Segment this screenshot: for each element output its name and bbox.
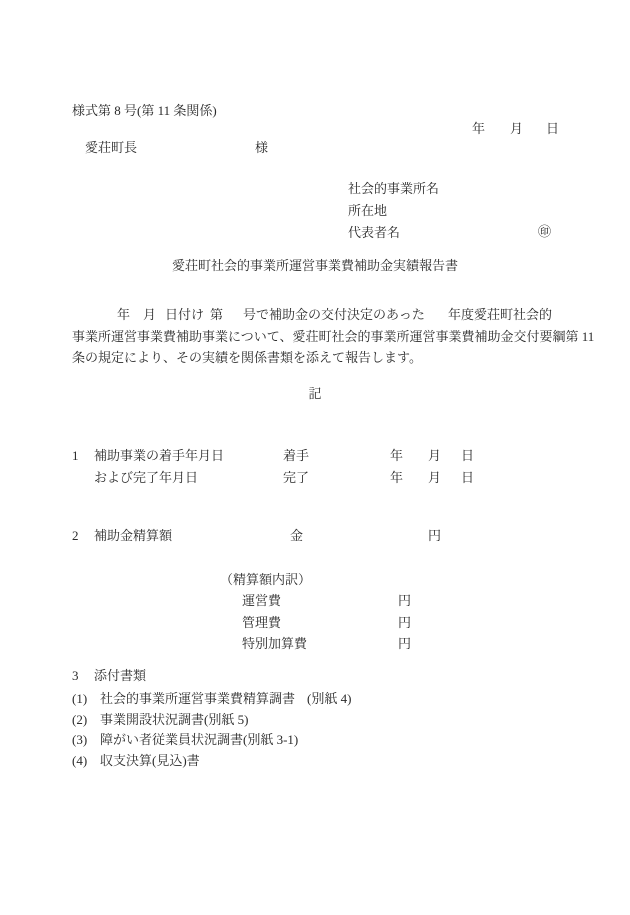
item1-start-month-label: 月: [428, 448, 441, 464]
body-line1-year: 年: [117, 307, 130, 323]
attachment-text: 事業開設状況調書(別紙 5): [100, 712, 248, 728]
sender-representative-label: 代表者名: [348, 225, 400, 241]
breakdown-heading: （精算額内訳）: [220, 572, 311, 588]
body-line1-month: 月: [143, 307, 156, 323]
note-marker: 記: [0, 386, 630, 402]
item1-start-year-label: 年: [390, 448, 403, 464]
item2-unit: 円: [428, 528, 441, 544]
body-line2: 事業所運営事業費補助事業について、愛荘町社会的事業所運営事業費補助金交付要綱第 …: [72, 329, 594, 345]
attachment-number: (3): [72, 732, 87, 748]
item1-complete-label: 完了: [283, 470, 309, 486]
addressee-honorific: 様: [255, 140, 268, 156]
item2-label: 補助金精算額: [94, 528, 172, 544]
breakdown-row-label: 特別加算費: [242, 636, 307, 652]
breakdown-row-unit: 円: [398, 593, 411, 609]
breakdown-row-label: 運営費: [242, 593, 281, 609]
attachment-number: (4): [72, 753, 87, 769]
item1-complete-day-label: 日: [461, 470, 474, 486]
item1-complete-month-label: 月: [428, 470, 441, 486]
body-line1-fiscal: 年度愛荘町社会的: [448, 307, 552, 323]
document-page: 様式第 8 号(第 11 条関係) 年 月 日 愛荘町長 様 社会的事業所名 所…: [0, 0, 630, 915]
body-line1-dai: 第: [210, 307, 223, 323]
item1-start-label: 着手: [283, 448, 309, 464]
sender-address-label: 所在地: [348, 203, 387, 219]
document-title: 愛荘町社会的事業所運営事業費補助金実績報告書: [0, 258, 630, 274]
breakdown-row-unit: 円: [398, 636, 411, 652]
item2-number: 2: [72, 528, 79, 544]
breakdown-row-label: 管理費: [242, 615, 281, 631]
attachment-text: 収支決算(見込)書: [100, 753, 200, 769]
breakdown-row-unit: 円: [398, 615, 411, 631]
item1-complete-year-label: 年: [390, 470, 403, 486]
item1-label-line1: 補助事業の着手年月日: [94, 448, 224, 464]
sender-office-name-label: 社会的事業所名: [348, 181, 439, 197]
form-number: 様式第 8 号(第 11 条関係): [72, 103, 217, 119]
body-line1-day-suffix: 日付け: [165, 307, 204, 323]
attachment-text: 障がい者従業員状況調書(別紙 3-1): [100, 732, 298, 748]
body-line1-decision: 号で補助金の交付決定のあった: [243, 307, 425, 323]
item2-amount-prefix: 金: [290, 528, 303, 544]
seal-mark-icon: ㊞: [538, 224, 551, 240]
item1-number: 1: [72, 448, 79, 464]
addressee-name: 愛荘町長: [85, 140, 137, 156]
attachment-number: (1): [72, 691, 87, 707]
date-month-label: 月: [510, 121, 523, 137]
item1-start-day-label: 日: [461, 448, 474, 464]
item1-label-line2: および完了年月日: [94, 470, 198, 486]
attachment-number: (2): [72, 712, 87, 728]
item3-number: 3: [72, 668, 79, 684]
item3-label: 添付書類: [94, 668, 146, 684]
attachment-note: (別紙 4): [307, 691, 351, 707]
attachment-text: 社会的事業所運営事業費精算調書: [100, 691, 295, 706]
date-year-label: 年: [472, 121, 485, 137]
body-line3: 条の規定により、その実績を関係書類を添えて報告します。: [72, 350, 422, 366]
attachment-item: 社会的事業所運営事業費精算調書(別紙 4): [100, 691, 351, 707]
date-day-label: 日: [546, 121, 559, 137]
